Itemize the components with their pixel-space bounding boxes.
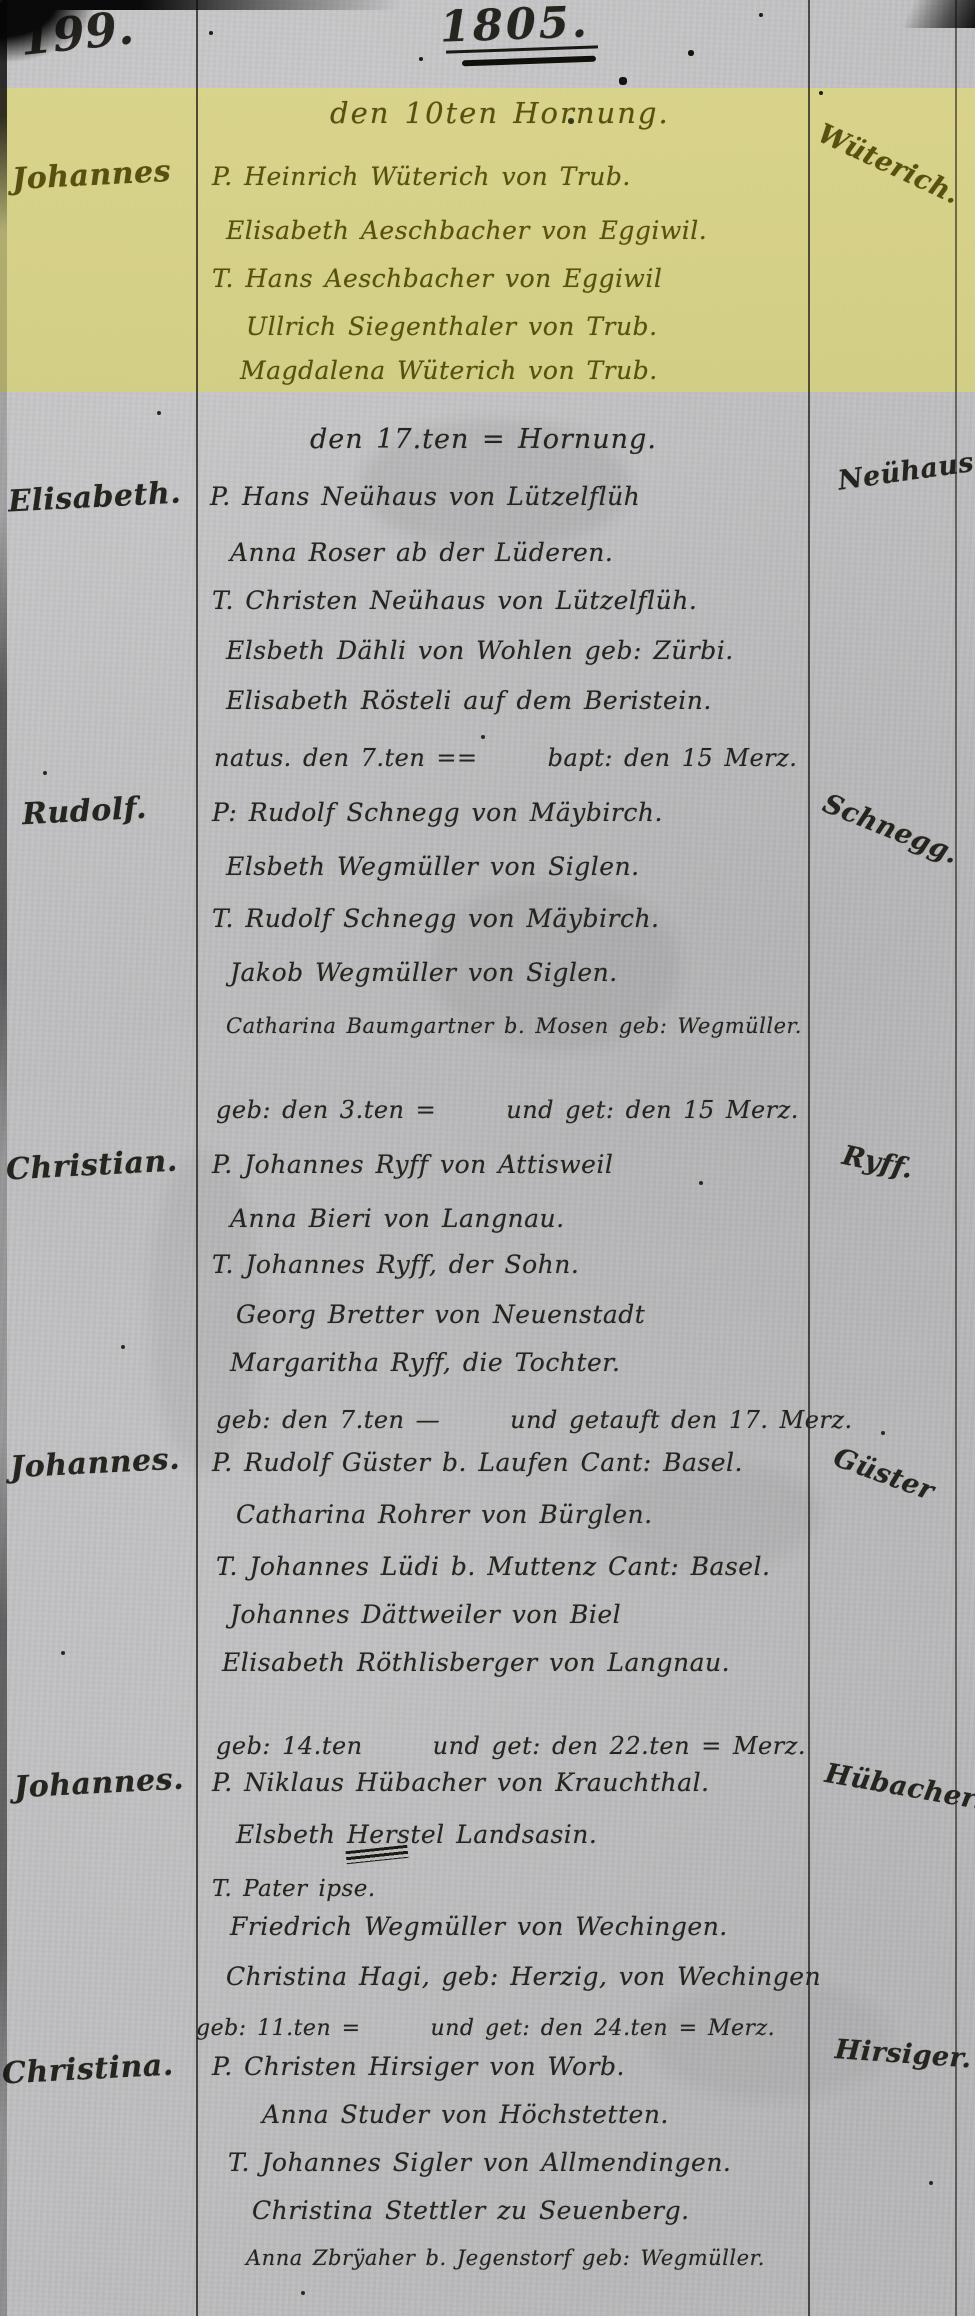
- record-line: T. Pater ipse.: [212, 1876, 376, 1902]
- margin-rule: [955, 0, 957, 2316]
- record-line: T. Hans Aeschbacher von Eggiwil: [212, 264, 662, 293]
- surname: Ryff.: [840, 1140, 917, 1185]
- date-heading: geb: 11.ten = und get: den 24.ten = Merz…: [196, 2016, 775, 2041]
- record-line: Elsbeth Dähli von Wohlen geb: Zürbi.: [226, 636, 734, 665]
- date-heading-left: natus. den 7.ten ==: [214, 744, 478, 772]
- record-line: P: Rudolf Schnegg von Mäybirch.: [212, 798, 663, 827]
- surname: Hübacher.: [823, 1758, 975, 1816]
- date-heading: den 17.ten = Hornung.: [310, 424, 727, 455]
- record-line: T. Johannes Ryff, der Sohn.: [212, 1250, 579, 1279]
- column-rule-left: [196, 0, 198, 2316]
- date-heading: den 10ten Hornung.: [330, 96, 740, 130]
- record-line: P. Johannes Ryff von Attisweil: [212, 1150, 613, 1179]
- record-line: T. Rudolf Schnegg von Mäybirch.: [212, 904, 660, 933]
- record-line: T. Johannes Lüdi b. Muttenz Cant: Basel.: [216, 1552, 771, 1581]
- record-line: Ullrich Siegenthaler von Trub.: [246, 312, 658, 341]
- record-line: Catharina Rohrer von Bürglen.: [236, 1500, 653, 1529]
- record-line: Magdalena Wüterich von Trub.: [240, 356, 658, 385]
- record-line: Margaritha Ryff, die Tochter.: [230, 1348, 620, 1377]
- date-heading-left: den 10ten Hornung.: [330, 96, 670, 130]
- date-heading-left: geb: 11.ten =: [196, 2016, 361, 2041]
- record-line: Anna Roser ab der Lüderen.: [230, 538, 613, 567]
- given-name: Elisabeth.: [7, 475, 182, 519]
- record-line: P. Christen Hirsiger von Worb.: [212, 2052, 625, 2081]
- record-line: Elisabeth Rösteli auf dem Beristein.: [226, 686, 712, 715]
- date-heading-right: und get: den 24.ten = Merz.: [431, 2016, 776, 2041]
- given-name: Rudolf.: [21, 791, 148, 832]
- record-line: P. Rudolf Güster b. Laufen Cant: Basel.: [212, 1448, 743, 1477]
- record-line: Friedrich Wegmüller von Wechingen.: [230, 1912, 728, 1941]
- record-line: Jakob Wegmüller von Siglen.: [230, 958, 618, 987]
- scan-corner-topright: [865, 0, 975, 28]
- record-line: T. Christen Neühaus von Lützelflüh.: [212, 586, 697, 615]
- record-line: P. Heinrich Wüterich von Trub.: [212, 162, 631, 191]
- date-heading-right: und get: den 22.ten = Merz.: [433, 1732, 806, 1760]
- date-heading: natus. den 7.ten == bapt: den 15 Merz.: [214, 744, 797, 772]
- record-line: Johannes Dättweiler von Biel: [230, 1600, 621, 1629]
- date-heading-left: geb: den 7.ten —: [216, 1406, 440, 1434]
- record-line: Georg Bretter von Neuenstadt: [236, 1300, 645, 1329]
- year-underline-bold: [462, 56, 596, 67]
- record-line: Elsbeth Wegmüller von Siglen.: [226, 852, 640, 881]
- record-line: P. Hans Neühaus von Lützelflüh: [210, 482, 640, 511]
- year-title: 1805.: [439, 0, 590, 53]
- record-line: Christina Stettler zu Seuenberg.: [252, 2196, 690, 2225]
- record-line: Elisabeth Aeschbacher von Eggiwil.: [226, 216, 707, 245]
- date-heading-left: geb: den 3.ten =: [216, 1096, 436, 1124]
- record-line: Catharina Baumgartner b. Mosen geb: Wegm…: [226, 1014, 802, 1038]
- ink-specks: [0, 0, 2, 2]
- record-line: Anna Zbrÿaher b. Jegenstorf geb: Wegmüll…: [246, 2246, 765, 2270]
- given-name: Christina.: [1, 2048, 174, 2092]
- surname: Güster: [829, 1442, 938, 1507]
- record-line: Elisabeth Röthlisberger von Langnau.: [222, 1648, 730, 1677]
- record-line: Anna Bieri von Langnau.: [230, 1204, 565, 1233]
- given-name: Johannes.: [9, 1442, 181, 1486]
- record-line: Elsbeth Herstel Landsasin.: [236, 1820, 597, 1849]
- page-number: 199.: [17, 0, 136, 66]
- date-heading: geb: den 3.ten = und get: den 15 Merz.: [216, 1096, 799, 1124]
- record-line: T. Johannes Sigler von Allmendingen.: [228, 2148, 731, 2177]
- date-heading: geb: den 7.ten — und getauft den 17. Mer…: [216, 1406, 853, 1434]
- record-line: Christina Hagi, geb: Herzig, von Weching…: [226, 1962, 821, 1991]
- date-heading-right: und get: den 15 Merz.: [506, 1096, 799, 1124]
- date-heading-right: bapt: den 15 Merz.: [548, 744, 798, 772]
- date-heading-left: den 17.ten = Hornung.: [310, 424, 657, 455]
- surname: Schnegg.: [818, 788, 963, 871]
- record-line: P. Niklaus Hübacher von Krauchthal.: [212, 1768, 710, 1797]
- register-page: 199. 1805. den 10ten Hornung. Johannes P…: [0, 0, 975, 2316]
- record-line: Anna Studer von Höchstetten.: [262, 2100, 669, 2129]
- date-heading-right: und getauft den 17. Merz.: [510, 1406, 853, 1434]
- given-name: Johannes.: [13, 1762, 185, 1806]
- date-heading: geb: 14.ten und get: den 22.ten = Merz.: [216, 1732, 806, 1760]
- date-heading-left: geb: 14.ten: [216, 1732, 363, 1760]
- given-name: Christian.: [5, 1144, 178, 1188]
